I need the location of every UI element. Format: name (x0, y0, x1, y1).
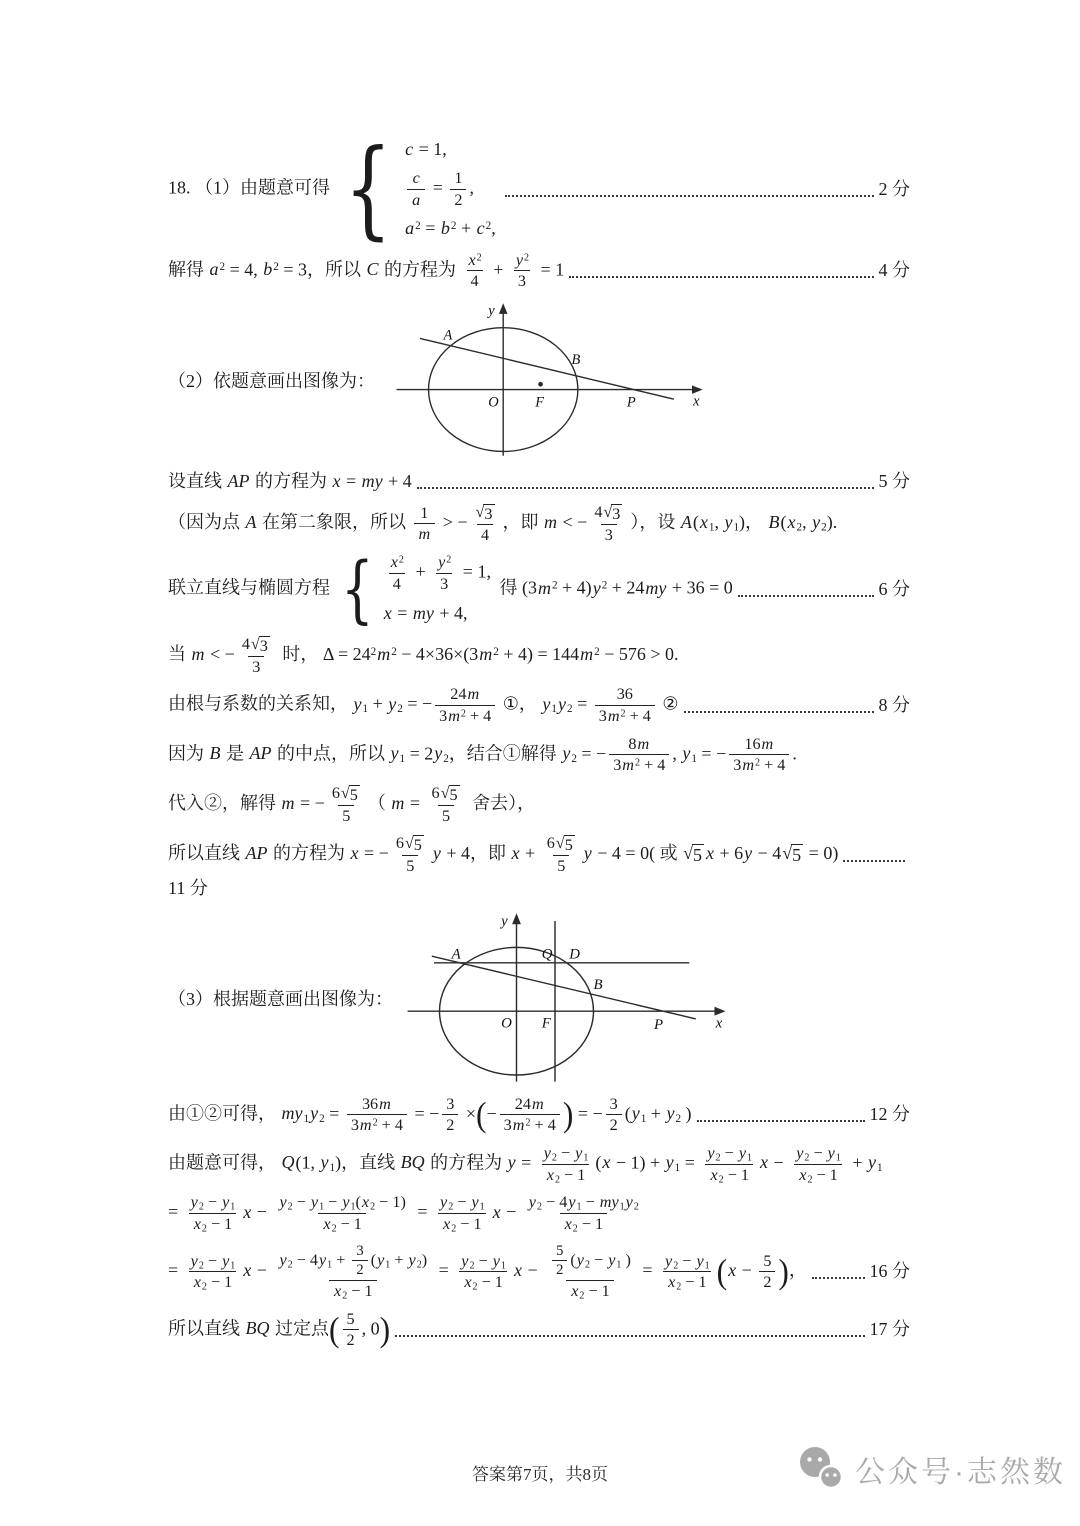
math-line: 18. （1）由题意可得{c = 1,ca = 12,a2 = b2 + c2,… (168, 137, 910, 242)
label-y: y (486, 303, 495, 319)
score-label: 5 分 (879, 469, 911, 494)
solution-block-1: 18. （1）由题意可得{c = 1,ca = 12,a2 = b2 + c2,… (168, 137, 910, 291)
label-O: O (488, 395, 499, 411)
formula-text: 由①②可得， my1y2 = 36m3m2 + 4 = −32 ×(−24m3m… (168, 1095, 692, 1135)
label-x: x (692, 393, 700, 409)
score-label: 16 分 (870, 1259, 911, 1284)
math-line: 当 m < −4√33 时， Δ = 242m2 − 4×36×(3m2 + 4… (168, 635, 910, 676)
label-F: F (541, 1016, 552, 1032)
math-line: 所以直线 BQ 过定点(52, 0)17 分 (168, 1310, 910, 1350)
math-line: 由题意可得， Q(1, y1)，直线 BQ 的方程为 y = y2 − y1x2… (168, 1144, 910, 1184)
formula-text: 当 m < −4√33 时， Δ = 242m2 − 4×36×(3m2 + 4… (168, 635, 679, 676)
formula-text: = y2 − y1x2 − 1x − y2 − 4y1 + 32(y1 + y2… (168, 1243, 807, 1301)
solution-page: 18. （1）由题意可得{c = 1,ca = 12,a2 = b2 + c2,… (0, 0, 1080, 1350)
dotted-leader (505, 194, 874, 197)
label-O: O (501, 1016, 512, 1032)
label-x: x (715, 1016, 723, 1032)
label-B: B (571, 352, 580, 368)
dotted-leader (684, 710, 874, 713)
dotted-leader (697, 1119, 865, 1122)
figure-row-1: （2）依题意画出图像为： y A B O F P x (168, 300, 910, 460)
math-line: 所以直线 AP 的方程为 x = −6√55y + 4，即 x + 6√55y … (168, 834, 910, 901)
score-label: 4 分 (879, 258, 911, 283)
x-axis-arrow (715, 1007, 726, 1016)
page-footer: 答案第7页，共8页 公众号·志然数 (0, 1446, 1080, 1498)
figure-1-caption: （2）依题意画出图像为： (168, 367, 375, 393)
math-line: = y2 − y1x2 − 1x − y2 − y1 − y1(x2 − 1)x… (168, 1193, 910, 1233)
dotted-leader (395, 1334, 864, 1337)
score-label: 11 分 (168, 876, 208, 901)
label-A: A (442, 327, 452, 343)
watermark: 公众号·志然数 (796, 1446, 1066, 1492)
figure-2-caption: （3）根据题意画出图像为： (168, 985, 393, 1011)
dotted-leader (738, 594, 874, 597)
score-label: 17 分 (870, 1317, 911, 1342)
solution-block-2: 设直线 AP 的方程为 x = my + 45 分（因为点 A 在第二象限，所以… (168, 469, 910, 901)
solution-block-3: 由①②可得， my1y2 = 36m3m2 + 4 = −32 ×(−24m3m… (168, 1095, 910, 1350)
math-line: = y2 − y1x2 − 1x − y2 − 4y1 + 32(y1 + y2… (168, 1243, 910, 1301)
ellipse-diagram-2: y A Q D B O F P x (401, 910, 731, 1086)
wechat-icon (796, 1446, 846, 1492)
watermark-text: 公众号·志然数 (855, 1447, 1066, 1491)
formula-text: 所以直线 BQ 过定点(52, 0) (168, 1310, 390, 1350)
label-y: y (499, 913, 508, 929)
score-label: 6 分 (879, 577, 911, 602)
formula-text: 由根与系数的关系知， y1 + y2 = −24m3m2 + 4 ①， y1y2… (168, 685, 679, 725)
label-B: B (594, 977, 603, 993)
math-line: 因为 B 是 AP 的中点，所以 y1 = 2y2，结合①解得 y2 = −8m… (168, 735, 910, 775)
formula-text: 设直线 AP 的方程为 x = my + 4 (168, 469, 412, 494)
score-label: 2 分 (879, 177, 911, 202)
formula-text: 解得 a2 = 4, b2 = 3，所以 C 的方程为 x24 + y23 = … (168, 251, 564, 291)
y-axis-arrow (499, 303, 508, 314)
dotted-leader (812, 1276, 865, 1279)
x-axis-arrow (692, 385, 703, 394)
line-AP (432, 956, 696, 1019)
math-line: 解得 a2 = 4, b2 = 3，所以 C 的方程为 x24 + y23 = … (168, 251, 910, 291)
label-A: A (451, 946, 462, 962)
formula-text: 由题意可得， Q(1, y1)，直线 BQ 的方程为 y = y2 − y1x2… (168, 1144, 883, 1184)
math-line: （因为点 A 在第二象限，所以 1m > −√34，即 m < −4√33），设… (168, 503, 910, 544)
formula-text: 因为 B 是 AP 的中点，所以 y1 = 2y2，结合①解得 y2 = −8m… (168, 735, 797, 775)
label-P: P (626, 395, 636, 411)
formula-text: = y2 − y1x2 − 1x − y2 − y1 − y1(x2 − 1)x… (168, 1193, 646, 1233)
figure-row-2: （3）根据题意画出图像为： y A Q D B O F P x (168, 910, 910, 1086)
focus-dot (538, 382, 543, 387)
math-line: 代入②，解得 m = −6√55（ m = 6√55 舍去）， (168, 784, 910, 825)
math-line: 联立直线与椭圆方程{x24 + y23 = 1,x = my + 4, 得 (3… (168, 553, 910, 625)
math-line: 设直线 AP 的方程为 x = my + 45 分 (168, 469, 910, 494)
formula-text: 联立直线与椭圆方程{x24 + y23 = 1,x = my + 4, 得 (3… (168, 553, 733, 625)
label-F: F (534, 395, 544, 411)
ellipse-diagram-1: y A B O F P x (383, 300, 713, 460)
dotted-leader (417, 486, 874, 489)
formula-text: 代入②，解得 m = −6√55（ m = 6√55 舍去）， (168, 784, 535, 825)
math-line: 由根与系数的关系知， y1 + y2 = −24m3m2 + 4 ①， y1y2… (168, 685, 910, 725)
label-Q: Q (542, 946, 553, 962)
math-line: 由①②可得， my1y2 = 36m3m2 + 4 = −32 ×(−24m3m… (168, 1095, 910, 1135)
score-label: 12 分 (870, 1102, 911, 1127)
y-axis-arrow (512, 913, 521, 924)
formula-text: 18. （1）由题意可得{c = 1,ca = 12,a2 = b2 + c2, (168, 137, 500, 242)
label-P: P (653, 1017, 663, 1033)
formula-text: （因为点 A 在第二象限，所以 1m > −√34，即 m < −4√33），设… (168, 503, 837, 544)
dotted-leader (569, 275, 873, 278)
dotted-leader (843, 859, 905, 862)
formula-text: 所以直线 AP 的方程为 x = −6√55y + 4，即 x + 6√55y … (168, 834, 838, 875)
label-D: D (568, 946, 580, 962)
score-label: 8 分 (879, 693, 911, 718)
